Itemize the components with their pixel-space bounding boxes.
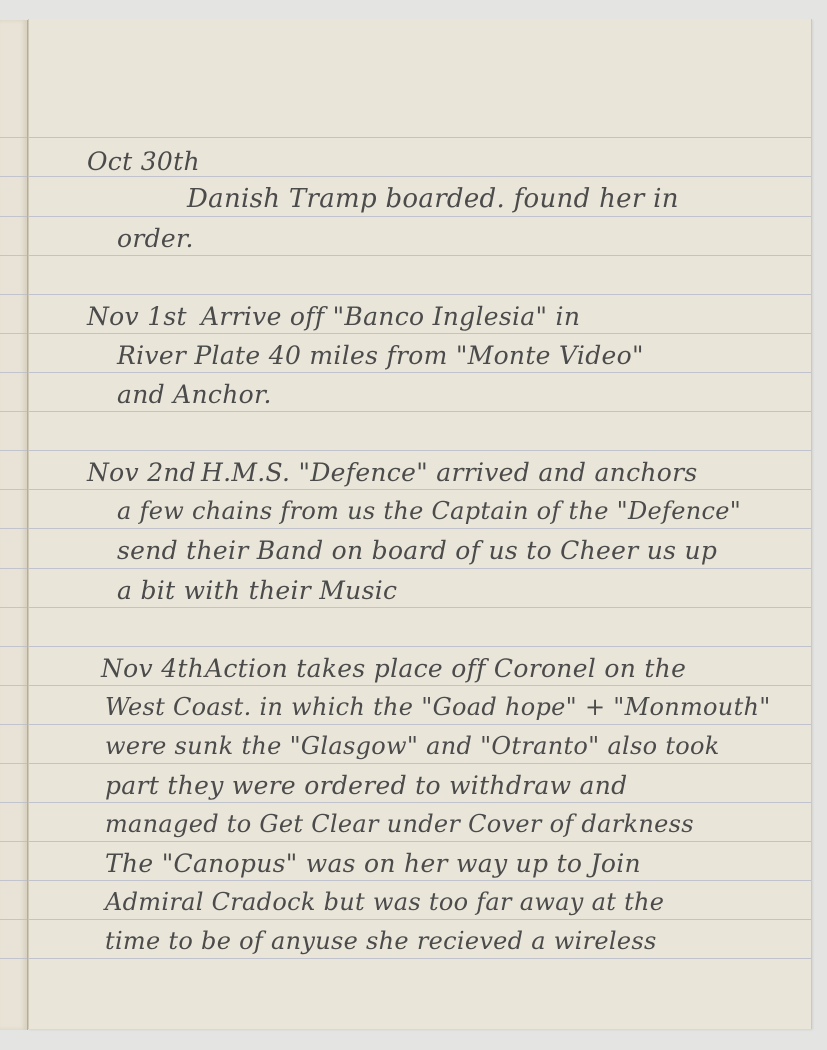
rule-line (0, 333, 27, 334)
rule-line (29, 216, 811, 217)
entry-line: send their Band on board of us to Cheer … (117, 536, 717, 565)
entry-line: time to be of anyuse she recieved a wire… (105, 927, 657, 955)
entry-line: and Anchor. (117, 380, 272, 409)
rule-line (29, 294, 811, 295)
rule-line (0, 372, 27, 373)
rule-line (29, 685, 811, 686)
rule-line (29, 880, 811, 881)
entry-line: part they were ordered to withdraw and (105, 771, 627, 800)
entry-line: Action takes place off Coronel on the (205, 654, 686, 683)
entry-date: Nov 1st (87, 302, 187, 331)
rule-line (0, 176, 27, 177)
rule-line (29, 763, 811, 764)
rule-line (0, 958, 27, 959)
rule-line (29, 724, 811, 725)
rule-line (0, 763, 27, 764)
rule-line (0, 411, 27, 412)
rule-line (29, 137, 811, 138)
rule-line (0, 607, 27, 608)
entry-date: Oct 30th (87, 147, 200, 176)
rule-line (0, 646, 27, 647)
entry-date: Nov 4th (101, 654, 204, 683)
rule-line (0, 216, 27, 217)
rule-line (29, 568, 811, 569)
entry-line: were sunk the "Glasgow" and "Otranto" al… (105, 732, 720, 760)
entry-line: The "Canopus" was on her way up to Join (105, 849, 641, 878)
rule-line (29, 372, 811, 373)
rule-line (29, 411, 811, 412)
rule-line (29, 176, 811, 177)
rule-line (0, 568, 27, 569)
facing-page-edge (0, 20, 28, 1030)
entry-line: Admiral Cradock but was too far away at … (105, 888, 664, 916)
rule-line (0, 294, 27, 295)
rule-line (0, 450, 27, 451)
rule-line (0, 137, 27, 138)
entry-line: Danish Tramp boarded. found her in (187, 184, 679, 214)
entry-line: West Coast. in which the "Goad hope" + "… (105, 693, 771, 721)
rule-line (29, 333, 811, 334)
entry-line: a bit with their Music (117, 576, 397, 605)
rule-line (29, 802, 811, 803)
entry-line: H.M.S. "Defence" arrived and anchors (201, 458, 698, 487)
entry-line: Arrive off "Banco Inglesia" in (201, 302, 580, 331)
entry-line: River Plate 40 miles from "Monte Video" (117, 341, 644, 370)
rule-line (29, 841, 811, 842)
rule-line (29, 255, 811, 256)
rule-line (29, 489, 811, 490)
entry-date: Nov 2nd (87, 458, 196, 487)
rule-line (0, 724, 27, 725)
rule-line (0, 528, 27, 529)
rule-line (29, 607, 811, 608)
rule-line (0, 841, 27, 842)
rule-line (29, 646, 811, 647)
rule-line (29, 450, 811, 451)
rule-line (29, 958, 811, 959)
rule-line (0, 255, 27, 256)
rule-line (0, 685, 27, 686)
rule-line (0, 880, 27, 881)
entry-line: managed to Get Clear under Cover of dark… (105, 810, 694, 838)
rule-line (0, 802, 27, 803)
rule-line (29, 528, 811, 529)
rule-line (29, 919, 811, 920)
entry-line: a few chains from us the Captain of the … (117, 497, 741, 525)
diary-page: Oct 30th Danish Tramp boarded. found her… (28, 19, 812, 1029)
rule-line (0, 489, 27, 490)
entry-line: order. (117, 224, 194, 253)
rule-line (0, 919, 27, 920)
